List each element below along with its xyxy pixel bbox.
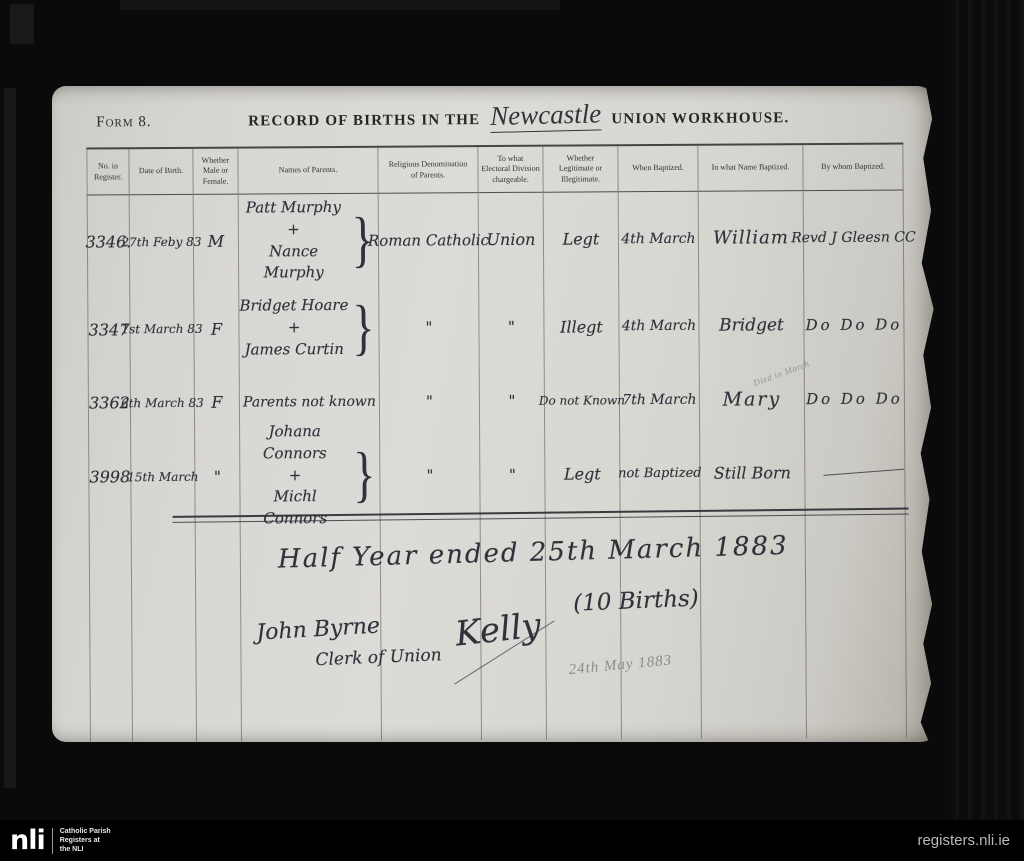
nli-logo: nli [10,827,45,854]
cell-date-of-birth: 1st March 83 [130,288,194,370]
brace-glyph: } [352,292,375,363]
book-edge-shadow [946,0,1024,861]
cell-by-whom [805,431,906,515]
cell-parents: Patt Murphy + Nance Murphy } [239,194,380,288]
brace-glyph: } [353,440,376,511]
births-count-annotation: (10 Births) [573,586,700,617]
cell-date-of-birth: 15th March [131,435,196,518]
footer-bar: nli Catholic Parish Registers at the NLI… [0,820,1024,861]
cell-sex: M [194,195,240,288]
cell-religion: " [379,286,479,369]
cell-sex: F [195,370,240,435]
cell-date-of-birth: 27th Feby 83 [130,195,195,288]
cell-when-baptized: 4th March [619,285,699,367]
cell-date-of-birth: 6th March 83 [131,370,195,435]
cell-register-no: 3998 [88,435,132,518]
cell-legitimacy: Illegt [544,285,619,367]
cell-parents: Johana Connors + Michl Connors } [240,434,381,518]
title-suffix: UNION WORKHOUSE. [611,110,789,128]
col-header-parents: Names of Parents. [238,148,378,195]
cell-sex: F [194,288,240,370]
scan-artifact [120,0,560,10]
cell-when-baptized: not Baptized [620,432,701,515]
cell-name-baptized: Bridget [699,284,804,367]
cell-name-baptized: Mary [700,366,805,432]
ruled-column [132,518,197,742]
cell-name-baptized: William [699,191,805,285]
cell-religion: Roman Catholic [379,193,480,287]
ruled-column [806,513,907,738]
col-header-legitimacy: Whether Legitimate or Illegitimate. [543,146,618,192]
scanned-register-viewer: Form 8. RECORD OF BIRTHS IN THE Newcastl… [0,0,1024,861]
title-prefix: RECORD OF BIRTHS IN THE [248,112,480,130]
cell-division: " [480,433,546,516]
cell-sex: " [195,435,241,518]
ruled-column [196,518,242,742]
col-header-date-of-birth: Date of Birth. [129,149,193,195]
ruled-column [89,518,133,742]
cell-by-whom: Do Do Do [804,284,904,367]
title-place-handwritten: Newcastle [490,98,602,132]
cell-when-baptized: 4th March [619,192,700,285]
scan-artifact [10,4,34,44]
col-header-register-no: No. in Register. [86,149,129,195]
col-header-division: To what Electoral Division chargeable. [478,147,543,193]
cell-religion: " [380,433,481,517]
col-header-sex: Whether Male or Female. [193,149,238,195]
scan-artifact [4,88,16,788]
cell-legitimacy: Legt [544,192,620,285]
site-watermark: registers.nli.ie [917,832,1010,849]
nli-tagline: Catholic Parish Registers at the NLI [60,827,111,854]
cell-when-baptized: 7th March [620,367,700,432]
stillborn-dash-mark [823,469,904,476]
cell-legitimacy: Legt [545,432,621,515]
cell-division: Union [479,193,545,286]
cell-division: " [479,286,544,368]
logo-divider [52,828,53,854]
cell-by-whom: Do Do Do [805,366,905,432]
col-header-name-baptized: In what Name Baptized. [698,145,803,192]
col-header-by-whom: By whom Baptized. [803,145,903,192]
page-title: RECORD OF BIRTHS IN THE Newcastle UNION … [248,98,789,132]
cell-religion: " [380,368,480,434]
register-page: Form 8. RECORD OF BIRTHS IN THE Newcastl… [52,86,940,742]
col-header-religion: Religious Denomination of Parents. [378,147,478,194]
cell-name-baptized: Still Born [700,431,806,515]
cell-by-whom: Revd J Gleesn CC [804,191,905,285]
form-number-label: Form 8. [96,114,152,131]
col-header-when-baptized: When Baptized. [618,146,698,192]
cell-parents: Bridget Hoare + James Curtin } [239,287,379,370]
births-table: No. in Register. Date of Birth. Whether … [86,143,907,743]
cell-legitimacy: Do not Known [545,367,620,432]
cell-division: " [480,368,545,433]
